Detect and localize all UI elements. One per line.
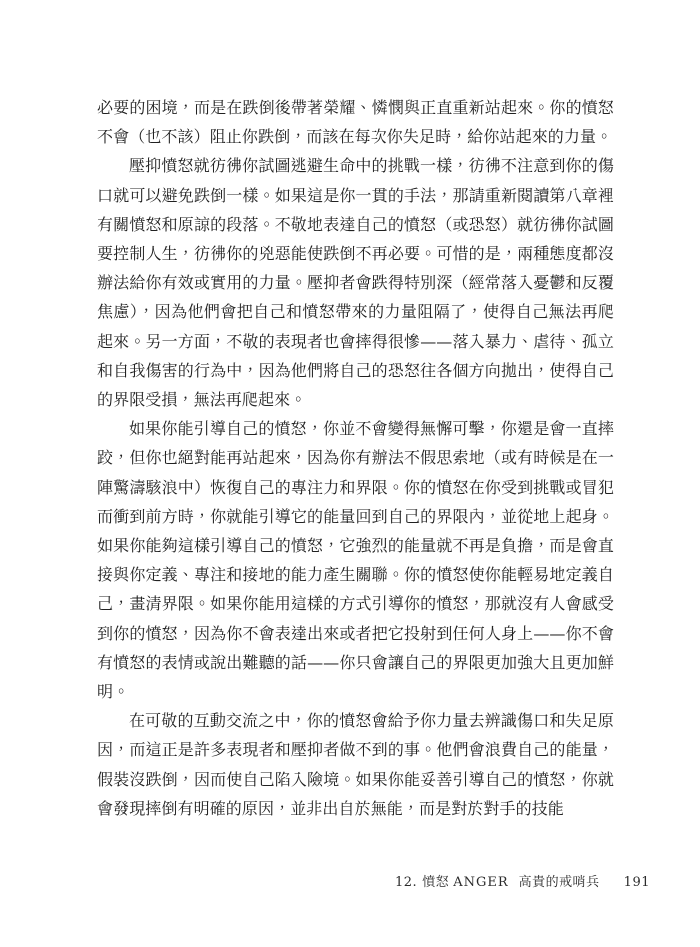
page-footer: 12.憤怒ANGER高貴的戒哨兵191: [395, 871, 650, 890]
body-text-block: 必要的困境，而是在跌倒後帶著榮耀、憐憫與正直重新站起來。你的憤怒不會（也不該）阻…: [97, 93, 614, 823]
paragraph-continuation: 必要的困境，而是在跌倒後帶著榮耀、憐憫與正直重新站起來。你的憤怒不會（也不該）阻…: [97, 93, 614, 151]
paragraph: 壓抑憤怒就彷彿你試圖逃避生命中的挑戰一樣，彷彿不注意到你的傷口就可以避免跌倒一樣…: [97, 151, 614, 414]
book-page: 必要的困境，而是在跌倒後帶著榮耀、憐憫與正直重新站起來。你的憤怒不會（也不該）阻…: [0, 0, 700, 947]
paragraph: 在可敬的互動交流之中，你的憤怒會給予你力量去辨識傷口和失足原因，而這正是許多表現…: [97, 706, 614, 823]
footer-chapter-title-en: ANGER: [453, 875, 508, 890]
paragraph: 如果你能引導自己的憤怒，你並不會變得無懈可擊，你還是會一直摔跤，但你也絕對能再站…: [97, 414, 614, 706]
footer-page-number: 191: [624, 875, 650, 890]
footer-chapter-title-zh: 憤怒: [422, 875, 449, 890]
footer-chapter-subtitle: 高貴的戒哨兵: [519, 875, 600, 890]
footer-chapter-number: 12.: [395, 875, 417, 890]
